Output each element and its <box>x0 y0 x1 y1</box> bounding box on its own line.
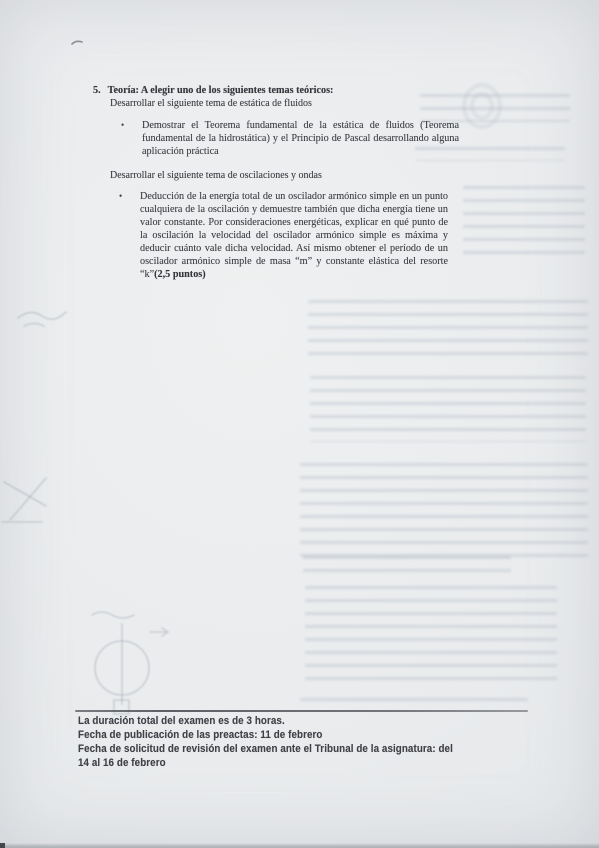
bleed-text-block <box>300 463 588 557</box>
bullet-dot-icon: • <box>119 190 140 281</box>
scanned-exam-page: 5. Teoría: A elegir uno de los siguiente… <box>0 0 599 848</box>
pen-mark <box>69 38 85 48</box>
separator-rule <box>75 710 528 712</box>
scan-corner-artifact <box>0 843 5 848</box>
points-label: (2,5 puntos) <box>154 269 206 280</box>
fluids-bullet-item: • Demostrar el Teorema fundamental de la… <box>121 119 459 158</box>
footer-duration: La duración total del examen es de 3 hor… <box>78 714 542 728</box>
bleed-text-block <box>310 376 586 442</box>
exam-footer: La duración total del examen es de 3 hor… <box>78 714 542 770</box>
bleed-text-block <box>303 556 511 574</box>
question-title: Teoría: A elegir uno de los siguientes t… <box>108 84 334 97</box>
footer-review-dates: 14 al 16 de febrero <box>78 756 542 770</box>
oscillations-bullet-text: Deducción de la energía total de un osci… <box>140 190 448 281</box>
footer-review-request: Fecha de solicitud de revisión del exame… <box>78 742 542 756</box>
oscillations-bullet-item: • Deducción de la energía total de un os… <box>119 190 448 281</box>
footer-publication-date: Fecha de publicación de las preactas: 11… <box>78 728 542 742</box>
oscillations-bullet-body: Deducción de la energía total de un osci… <box>140 191 448 280</box>
bleed-text-block <box>420 94 570 122</box>
scan-bottom-edge <box>0 843 599 848</box>
bleed-text-block <box>305 586 557 686</box>
fluids-bullet-text: Demostrar el Teorema fundamental de la e… <box>142 119 459 158</box>
bleed-text-block <box>300 698 528 709</box>
fluids-intro: Desarrollar el siguiente tema de estátic… <box>110 97 312 110</box>
question-number: 5. <box>93 84 101 97</box>
bullet-dot-icon: • <box>121 119 142 158</box>
oscillations-intro: Desarrollar el siguiente tema de oscilac… <box>110 169 322 182</box>
bleed-text-block <box>308 300 588 362</box>
question-header: 5. Teoría: A elegir uno de los siguiente… <box>93 84 473 97</box>
bleed-text-block <box>463 186 585 260</box>
